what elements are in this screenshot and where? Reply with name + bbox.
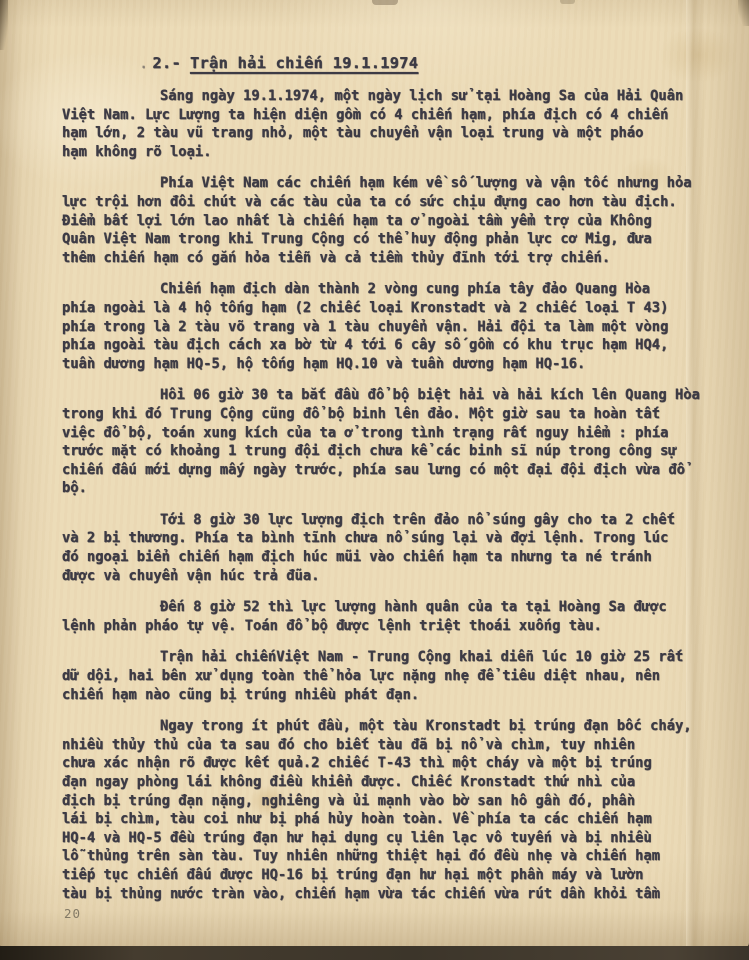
paragraph: Trận hải chiếnViệt Nam - Trung Cộng khai…	[62, 648, 710, 704]
scan-artifact-top-edge	[560, 0, 575, 4]
paragraph: Ngay trong ít phút đầu, một tàu Kronstad…	[62, 717, 710, 903]
paragraph: Chiến hạm địch dàn thành 2 vòng cung phí…	[62, 280, 710, 373]
document-body: .2.-Trận hải chiến 19.1.1974 Sáng ngày 1…	[62, 54, 710, 903]
paragraph: Hồi 06 giờ 30 ta bắt đầu đổ bộ biệt hải …	[62, 386, 710, 498]
scanned-document-page: .2.-Trận hải chiến 19.1.1974 Sáng ngày 1…	[0, 0, 749, 960]
scan-artifact-top-left	[0, 0, 8, 50]
section-heading: .2.-Trận hải chiến 19.1.1974	[140, 54, 710, 74]
stray-typed-mark: .	[140, 57, 148, 71]
paper-sheet: .2.-Trận hải chiến 19.1.1974 Sáng ngày 1…	[0, 0, 749, 948]
section-number: 2.-	[153, 54, 182, 72]
paragraph: Đến 8 giờ 52 thì lực lượng hành quân của…	[62, 598, 710, 635]
scan-artifact-top-edge	[372, 0, 398, 5]
paragraph: Tới 8 giờ 30 lực lượng địch trên đảo nổ …	[62, 511, 710, 585]
scan-artifact-top-right	[738, 0, 749, 26]
scanner-background-strip	[0, 946, 749, 960]
section-title: Trận hải chiến 19.1.1974	[190, 54, 418, 72]
paragraph: Sáng ngày 19.1.1974, một ngày lịch sử tạ…	[62, 87, 710, 161]
page-number: 20	[64, 906, 81, 921]
paragraph: Phía Việt Nam các chiến hạm kém về số lư…	[62, 174, 710, 267]
